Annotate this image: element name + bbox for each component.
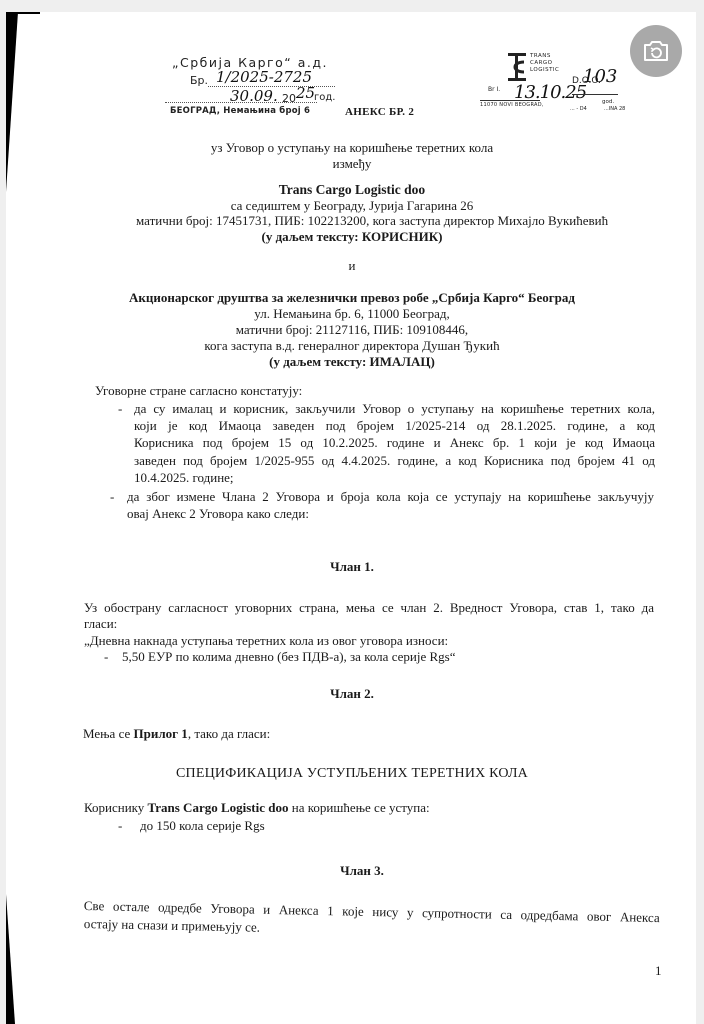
annex-title: АНЕКС БР. 2 bbox=[345, 106, 414, 118]
recital-2-line: да због измене Члана 2 Уговора и броја к… bbox=[127, 489, 654, 505]
article-3-heading: Члан 3. bbox=[0, 863, 704, 879]
article-1-text: гласи: bbox=[84, 616, 117, 632]
party1-name: Trans Cargo Logistic doo bbox=[0, 182, 704, 198]
article-2-heading: Члан 2. bbox=[0, 686, 704, 702]
article-1-quote: „Дневна накнада уступања теретних кола и… bbox=[84, 633, 448, 649]
bullet: - bbox=[110, 489, 114, 505]
article-1-item: 5,50 ЕУР по колима дневно (без ПДВ-а), з… bbox=[122, 649, 455, 665]
recital-1-line: 10.4.2025. године; bbox=[134, 470, 234, 486]
stamp-year-handwritten: 25 bbox=[296, 84, 315, 102]
article-2-text: Мења се Прилог 1, тако да гласи: bbox=[83, 726, 270, 742]
page-number: 1 bbox=[655, 963, 662, 979]
party1-ids: матични број: 17451731, ПИБ: 102213200, … bbox=[136, 213, 608, 229]
recital-2-line: овај Анекс 2 Уговора како следи: bbox=[127, 506, 309, 522]
stamp-address: 11070 NOVI BEOGRAD, bbox=[480, 102, 544, 108]
spec-title: СПЕЦИФИКАЦИЈА УСТУПЉЕНИХ ТЕРЕТНИХ КОЛА bbox=[0, 766, 704, 782]
scan-edge-shadow-bottom bbox=[6, 894, 15, 1024]
between-label: између bbox=[0, 156, 704, 172]
article-1-text: Уз обострану сагласност уговорних страна… bbox=[84, 600, 654, 616]
party2-ids: матични број: 21127116, ПИБ: 109108446, bbox=[0, 322, 704, 338]
recital-1-line: који је код Имаоца заведен под бројем 1/… bbox=[134, 418, 655, 434]
stamp-year-suffix: год. bbox=[314, 92, 335, 103]
recital-1-line: заведен под бројем 1/2025-955 од 4.4.202… bbox=[134, 453, 655, 469]
bullet: - bbox=[118, 818, 122, 834]
stamp-year-prefix: 20 bbox=[282, 92, 296, 105]
article-2-user: Кориснику Trans Cargo Logistic doo на ко… bbox=[84, 800, 430, 816]
rotate-image-button[interactable] bbox=[630, 25, 682, 77]
stamp-address-part: ...INA 28 bbox=[604, 106, 625, 112]
stamp-srbija-kargo: „Србија Карго“ а.д. Бр. 1/2025-2725 30.0… bbox=[170, 55, 345, 116]
subtitle: уз Уговор о уступању на коришћење теретн… bbox=[0, 140, 704, 156]
recital-1-line: Корисника под бројем 15 од 10.2.2025. го… bbox=[134, 435, 655, 451]
and-label: и bbox=[0, 258, 704, 274]
recital-1-line: да су ималац и корисник, закључили Угово… bbox=[134, 401, 655, 417]
party2-address: ул. Немањина бр. 6, 11000 Београд, bbox=[0, 306, 704, 322]
article-1-heading: Члан 1. bbox=[0, 559, 704, 575]
party2-representative: кога заступа в.д. генералног директора Д… bbox=[0, 338, 704, 354]
stamp-number-handwritten: 103 bbox=[583, 66, 617, 87]
bullet: - bbox=[104, 649, 108, 665]
stamp-trans-cargo-logistic: TRANS CARGO LOGISTIC D.O.O. 103 Br I. 13… bbox=[480, 52, 650, 122]
camera-rotate-icon bbox=[642, 39, 670, 63]
party1-role: (у даљем тексту: КОРИСНИК) bbox=[0, 229, 704, 245]
party1-seat: са седиштем у Београду, Јурија Гагарина … bbox=[0, 198, 704, 214]
party2-name: Акционарског друштва за железнички прево… bbox=[0, 290, 704, 306]
stamp-god-label: god. bbox=[602, 99, 614, 105]
stamp-number-label: Бр. bbox=[190, 74, 208, 87]
bullet: - bbox=[118, 401, 122, 417]
trans-cargo-logo-icon bbox=[506, 52, 528, 82]
stamp-address-part: ... - D4 bbox=[570, 106, 587, 112]
party2-role: (у даљем тексту: ИМАЛАЦ) bbox=[0, 354, 704, 370]
recitals-intro: Уговорне стране сагласно констатују: bbox=[95, 383, 302, 399]
stamp-number-label: Br I. bbox=[488, 86, 500, 93]
article-2-item: до 150 кола серије Rgs bbox=[140, 818, 265, 834]
stamp-brand: TRANS CARGO LOGISTIC bbox=[530, 53, 559, 74]
stamp-address: БЕОГРАД, Немањина број 6 bbox=[170, 106, 345, 116]
